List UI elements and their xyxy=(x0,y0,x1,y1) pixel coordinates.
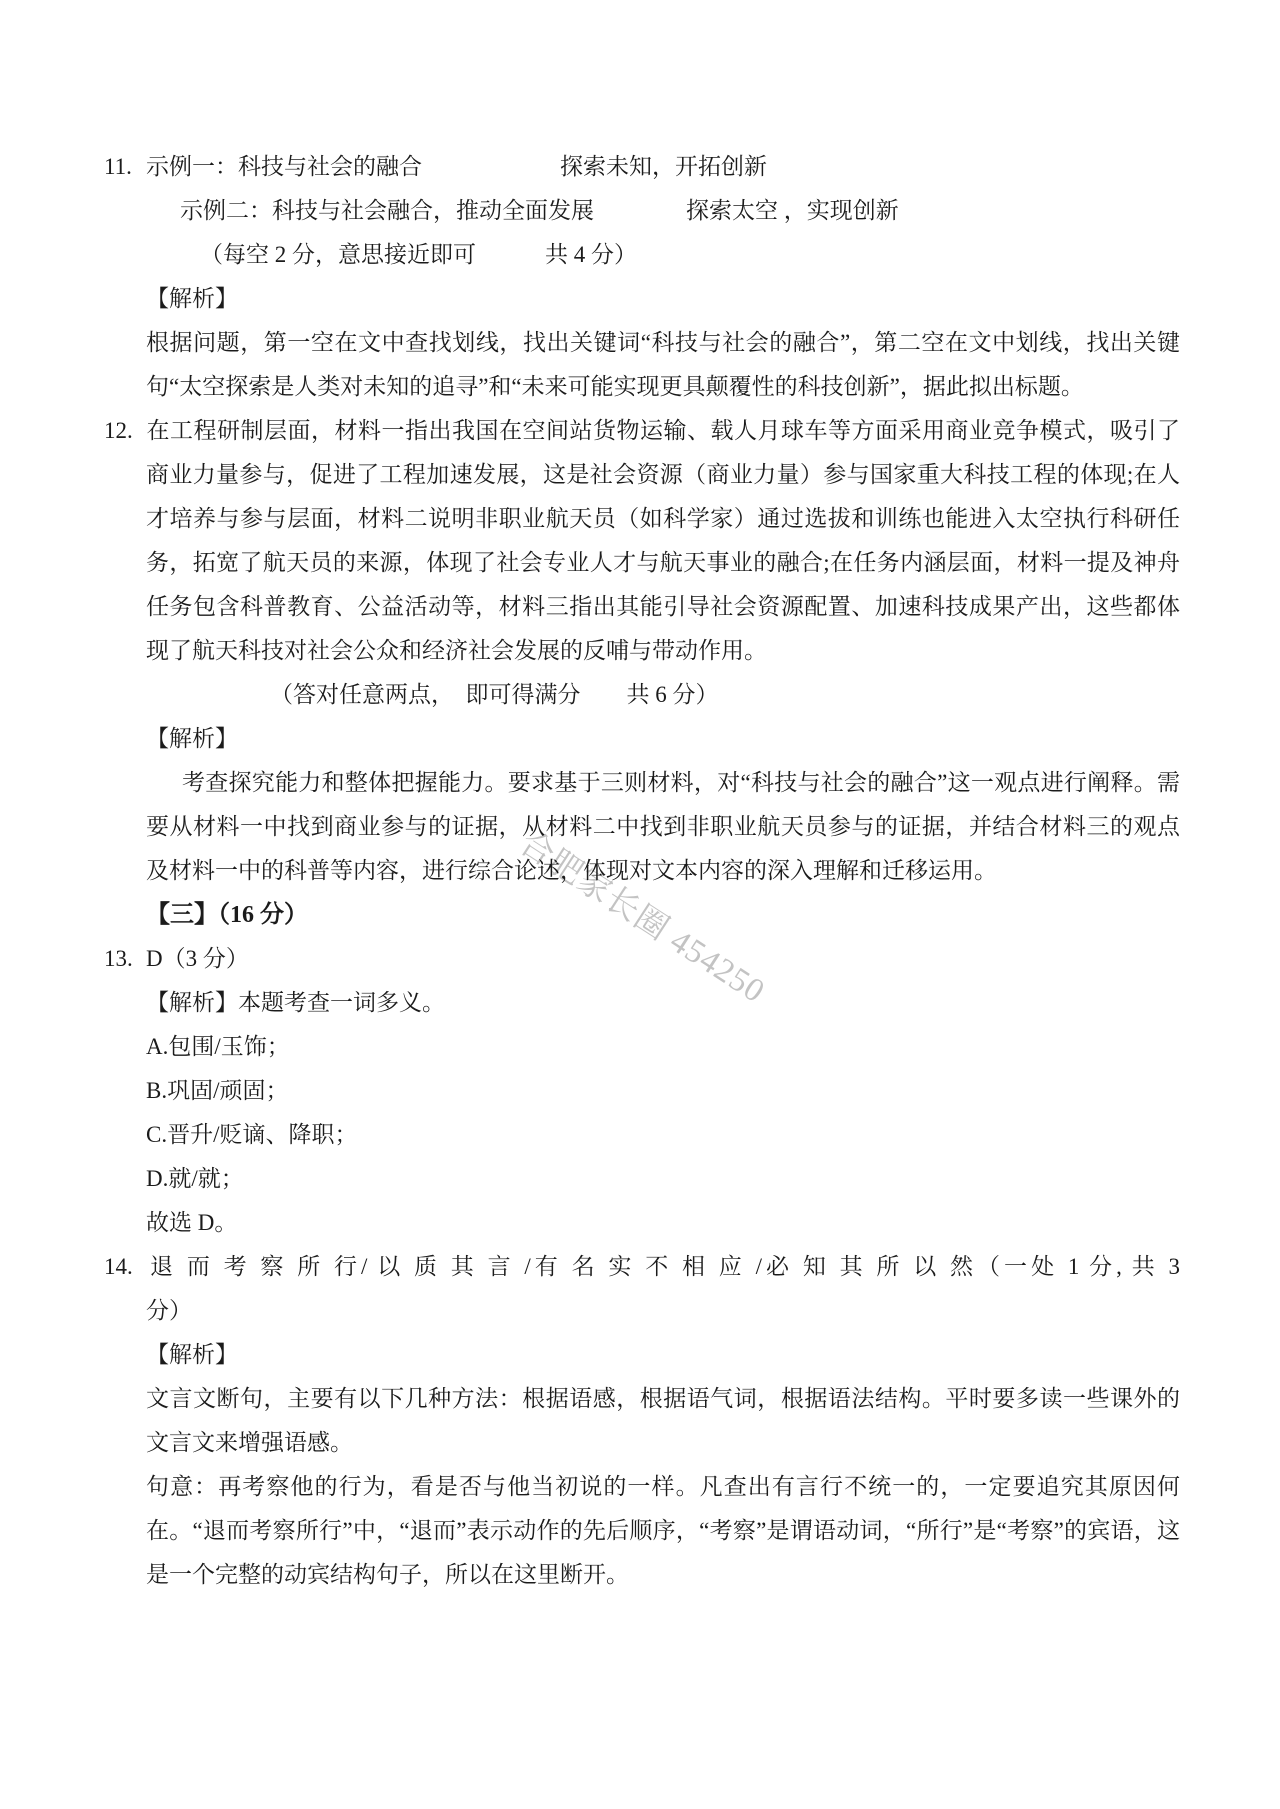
q13-number: 13. xyxy=(104,937,146,981)
q13-conclusion: 故选 D。 xyxy=(104,1201,1180,1245)
q14-number: 14. xyxy=(104,1245,146,1289)
q12-number: 12. xyxy=(104,409,146,453)
q13-analysis: 【解析】本题考查一词多义。 xyxy=(104,981,1180,1025)
q14-answer-text-1: 退 而 考 察 所 行/ 以 质 其 言 /有 名 实 不 相 应 /必 知 其… xyxy=(146,1254,1180,1279)
q11-score-note: （每空 2 分，意思接近即可 共 4 分） xyxy=(104,233,1180,277)
q14-answer-line2: 分） xyxy=(104,1289,1180,1333)
q11-answer-line2: 示例二：科技与社会融合，推动全面发展 探索太空 ，实现创新 xyxy=(104,189,1180,233)
q13-option-b: B.巩固/顽固； xyxy=(104,1069,1180,1113)
q14-answer-line1: 14.退 而 考 察 所 行/ 以 质 其 言 /有 名 实 不 相 应 /必 … xyxy=(104,1245,1180,1289)
q13-option-a: A.包围/玉饰； xyxy=(104,1025,1180,1069)
q13-option-c: C.晋升/贬谪、降职； xyxy=(104,1113,1180,1157)
q11-analysis-label: 【解析】 xyxy=(104,277,1180,321)
q13-answer-text: D（3 分） xyxy=(146,946,249,971)
exam-answer-page: 合肥家长圈 454250 11.示例一：科技与社会的融合 探索未知，开拓创新 示… xyxy=(0,0,1280,1809)
q11-number: 11. xyxy=(104,145,146,189)
q12-score-note: （答对任意两点， 即可得满分 共 6 分） xyxy=(104,673,1180,717)
q12-analysis: 考查探究能力和整体把握能力。要求基于三则材料，对“科技与社会的融合”这一观点进行… xyxy=(104,761,1180,893)
q13-option-d: D.就/就； xyxy=(104,1157,1180,1201)
q13-answer: 13.D（3 分） xyxy=(104,937,1180,981)
q11-analysis: 根据问题，第一空在文中查找划线，找出关键词“科技与社会的融合”，第二空在文中划线… xyxy=(104,321,1180,409)
document-content: 11.示例一：科技与社会的融合 探索未知，开拓创新 示例二：科技与社会融合，推动… xyxy=(104,145,1180,1597)
section-three-heading: 【三】（16 分） xyxy=(104,893,1180,937)
q12-analysis-label: 【解析】 xyxy=(104,717,1180,761)
q14-analysis-label: 【解析】 xyxy=(104,1333,1180,1377)
q14-analysis-2: 句意：再考察他的行为，看是否与他当初说的一样。凡查出有言行不统一的，一定要追究其… xyxy=(104,1465,1180,1597)
q11-answer-line1: 11.示例一：科技与社会的融合 探索未知，开拓创新 xyxy=(104,145,1180,189)
q11-answer-text-1: 示例一：科技与社会的融合 探索未知，开拓创新 xyxy=(146,154,767,179)
q12-answer: 12.在工程研制层面，材料一指出我国在空间站货物运输、载人月球车等方面采用商业竞… xyxy=(104,409,1180,673)
q14-analysis-1: 文言文断句，主要有以下几种方法：根据语感，根据语气词，根据语法结构。平时要多读一… xyxy=(104,1377,1180,1465)
q12-answer-text: 在工程研制层面，材料一指出我国在空间站货物运输、载人月球车等方面采用商业竞争模式… xyxy=(146,418,1180,663)
